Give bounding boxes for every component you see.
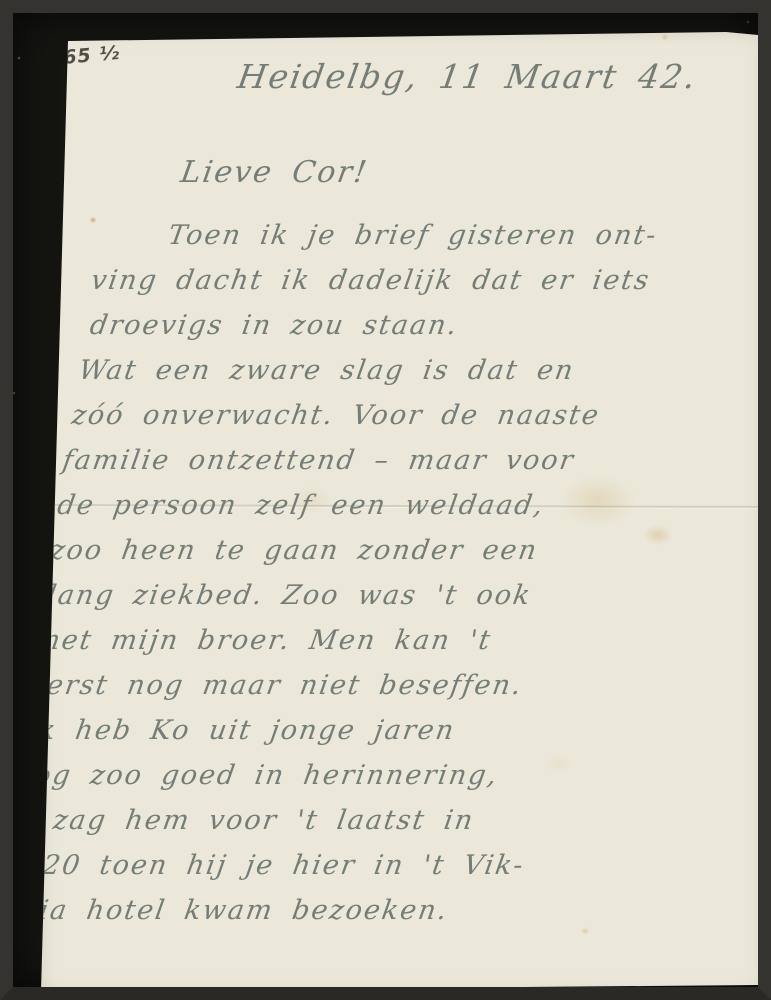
letter-line: nog zoo goed in herinnering, (11, 753, 650, 798)
letter-line: toria hotel kwam bezoeken. (0, 888, 629, 933)
letter-line: ving dacht ik dadelijk dat er iets (88, 258, 729, 303)
dust-specks (13, 13, 15, 15)
letter-line: eerst nog maar niet beseffen. (26, 663, 665, 708)
letter-body: Toen ik je brief gisteren ont- ving dach… (0, 213, 736, 933)
letter-line: Ik heb Ko uit jonge jaren (22, 708, 657, 753)
photographed-letter: 365 ½ Heidelbg, 11 Maart 42. Lieve Cor! … (0, 0, 771, 1000)
letter-page: 365 ½ Heidelbg, 11 Maart 42. Lieve Cor! … (38, 29, 765, 995)
archive-number: 365 ½ (48, 42, 121, 70)
letter-line: met mijn broer. Men kan 't (31, 618, 672, 663)
letter-line: Toen ik je brief gisteren ont- (165, 213, 736, 258)
letter-line: ik zag hem voor 't laatst in (2, 798, 643, 843)
letter-line: familie ontzettend – maar voor (59, 438, 700, 483)
letter-line: zoo heen te gaan zonder een (47, 528, 686, 573)
letter-line: Wat een zware slag is dat en (75, 348, 714, 393)
letter-salutation: Lieve Cor! (178, 155, 370, 190)
letter-line: zóó onverwacht. Voor de naaste (68, 393, 707, 438)
letter-line: droevigs in zou staan. (87, 303, 722, 348)
letter-line: lang ziekbed. Zoo was 't ook (44, 573, 679, 618)
letter-line: 1920 toen hij je hier in 't Vik- (1, 843, 636, 888)
letter-dateline: Heidelbg, 11 Maart 42. (235, 57, 700, 96)
letter-line: de persoon zelf een weldaad, (54, 483, 693, 528)
